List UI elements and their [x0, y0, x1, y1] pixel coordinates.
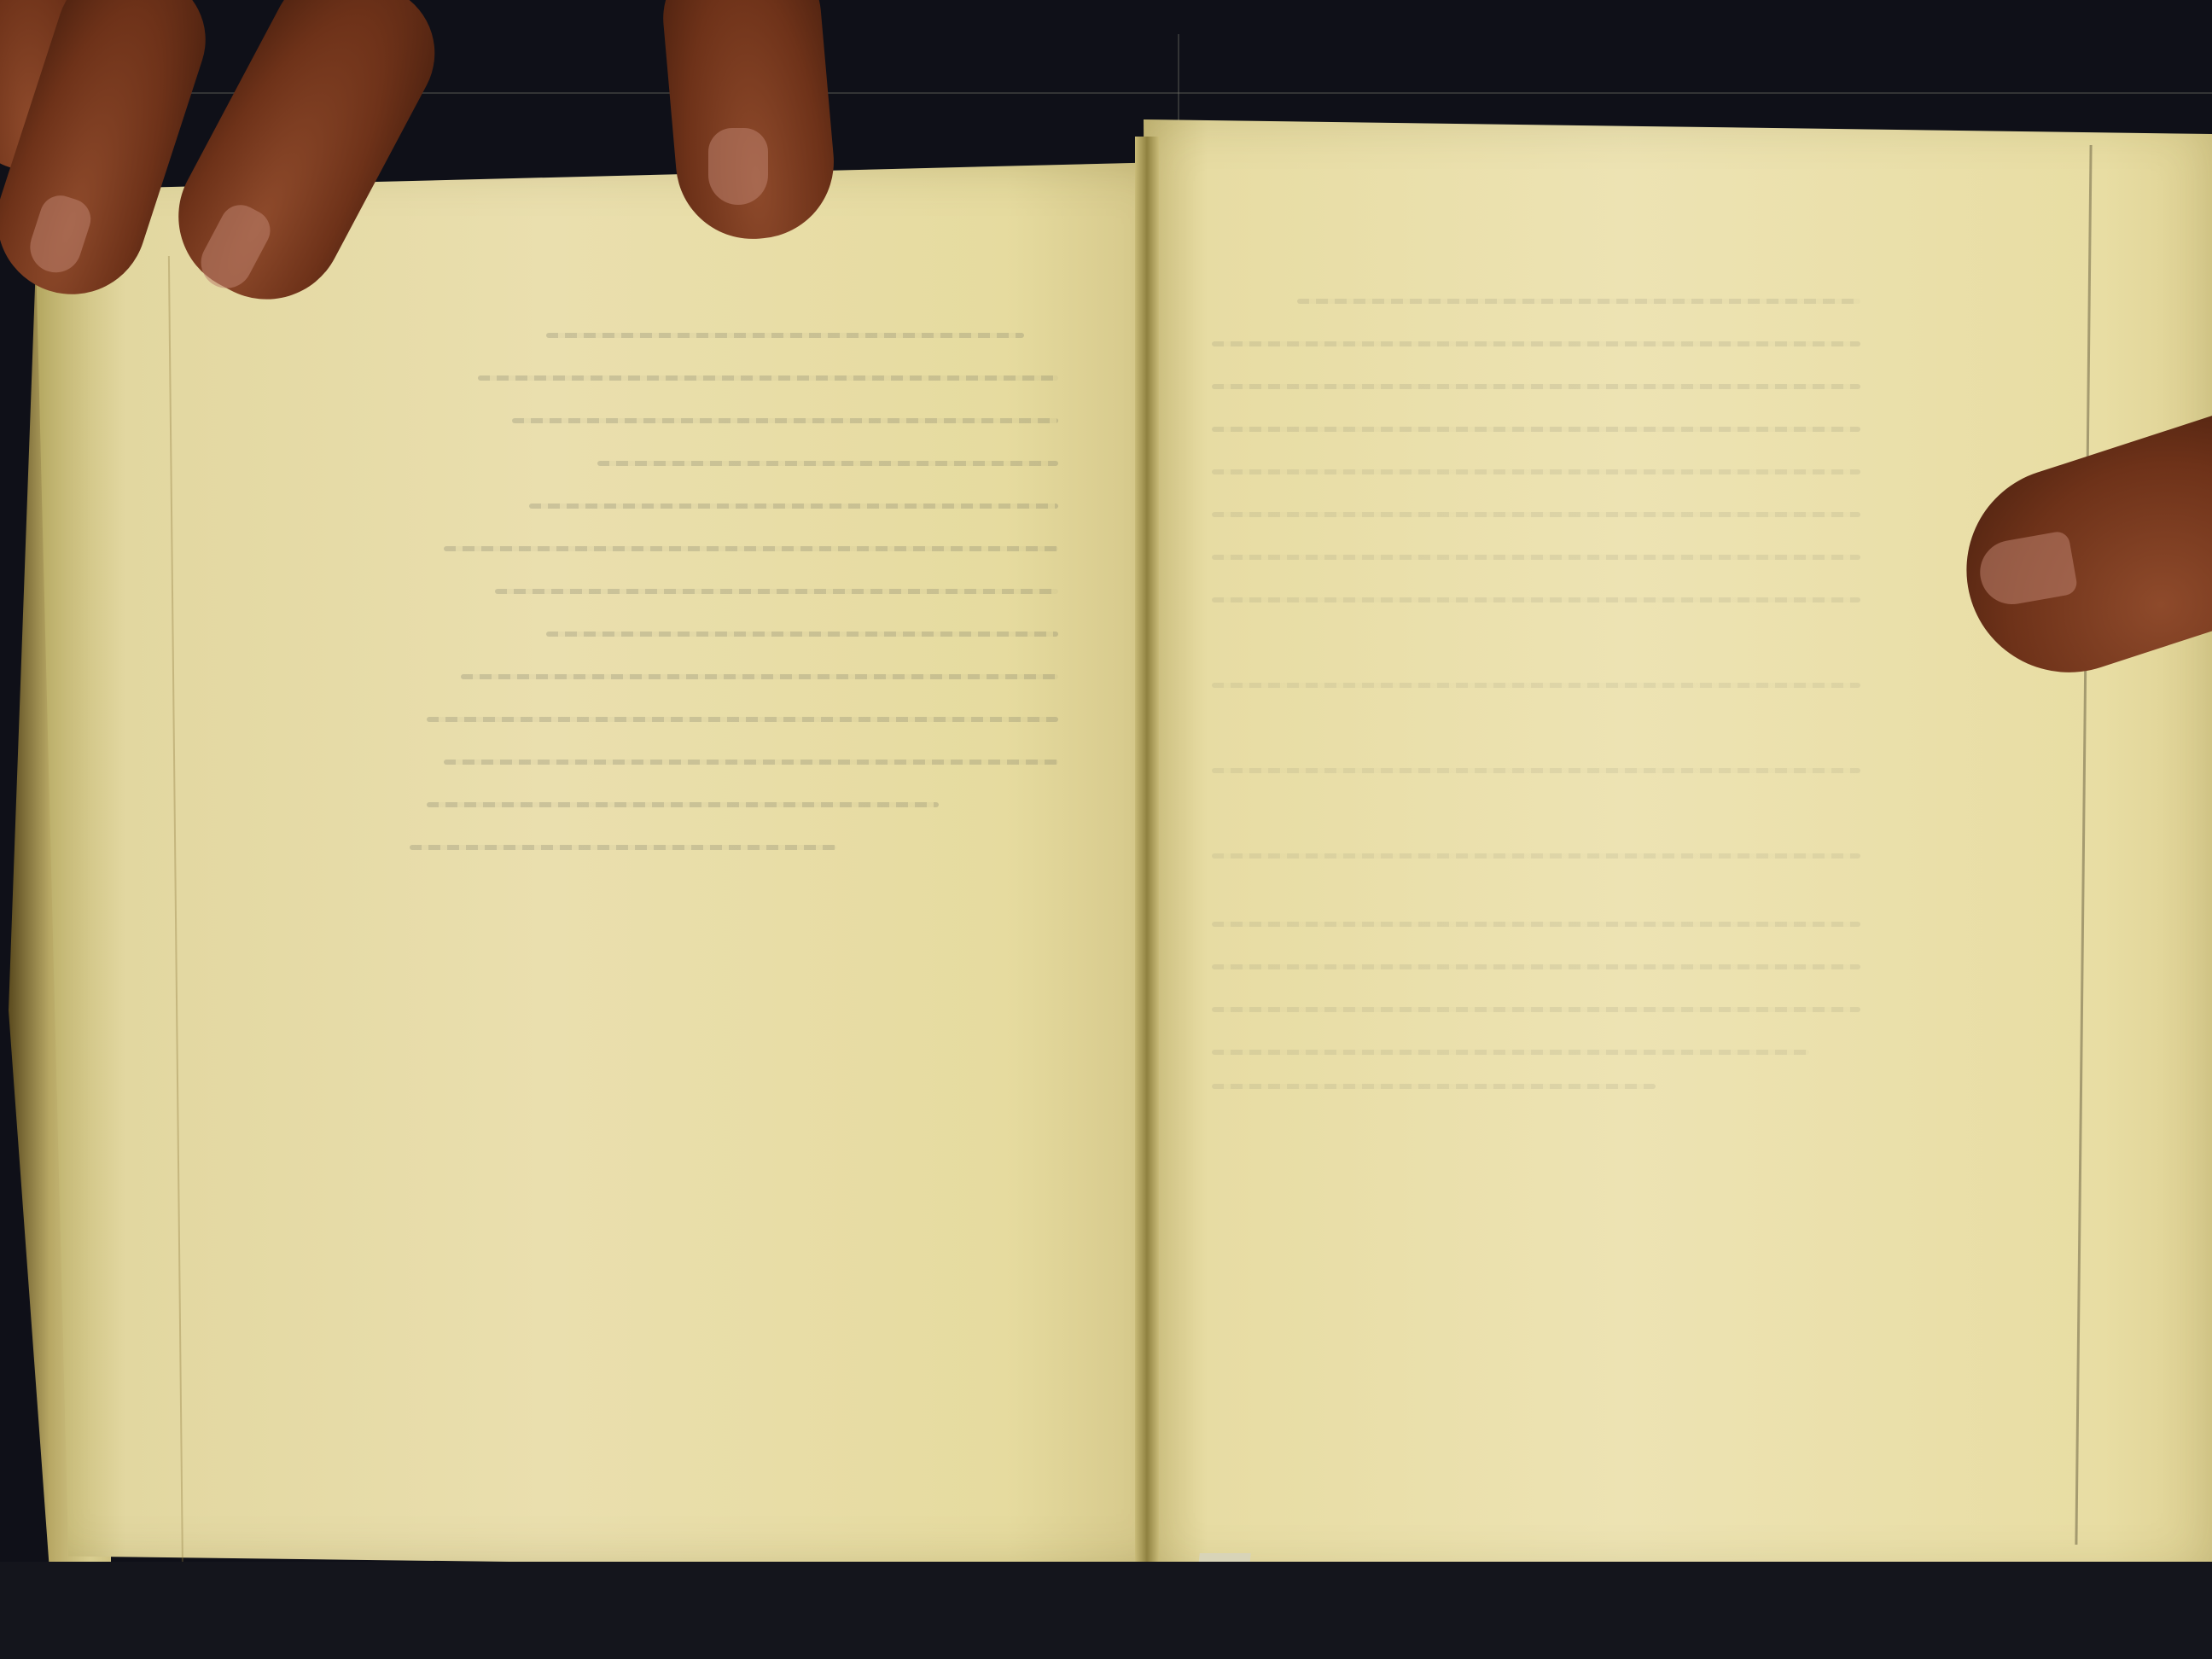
ghost-text-line [478, 375, 1058, 381]
ghost-text-line [1212, 555, 1860, 560]
ghost-text-line [1212, 853, 1860, 859]
ghost-text-line [597, 461, 1058, 466]
ghost-text-line [1212, 384, 1860, 389]
right-page [1144, 119, 2212, 1575]
ghost-text-line [1212, 683, 1860, 688]
ghost-text-line [1212, 964, 1860, 969]
ghost-text-line [444, 546, 1058, 551]
book-gutter [1135, 137, 1159, 1579]
ghost-text-line [1212, 597, 1860, 602]
ghost-text-line [1212, 1084, 1656, 1089]
left-page [34, 162, 1178, 1570]
ghost-text-line [427, 717, 1058, 722]
ghost-text-line [546, 333, 1024, 338]
ghost-text-line [546, 632, 1058, 637]
ghost-text-line [461, 674, 1058, 679]
ghost-text-line [495, 589, 1058, 594]
ghost-text-line [1212, 341, 1860, 346]
photo-scene [0, 0, 2212, 1659]
ghost-text-line [512, 418, 1058, 423]
ghost-text-line [1212, 768, 1860, 773]
ghost-text-line [1212, 469, 1860, 474]
ghost-text-line [444, 760, 1058, 765]
ghost-text-line [410, 845, 836, 850]
ghost-text-line [1212, 1007, 1860, 1012]
ghost-text-line [1212, 1050, 1809, 1055]
ghost-text-line [1212, 512, 1860, 517]
fingernail [708, 128, 768, 205]
ghost-text-line [427, 802, 939, 807]
ghost-text-line [1297, 299, 1860, 304]
ghost-text-line [1212, 427, 1860, 432]
ghost-text-line [1212, 922, 1860, 927]
table-surface [0, 1562, 2212, 1659]
ghost-text-line [529, 504, 1058, 509]
